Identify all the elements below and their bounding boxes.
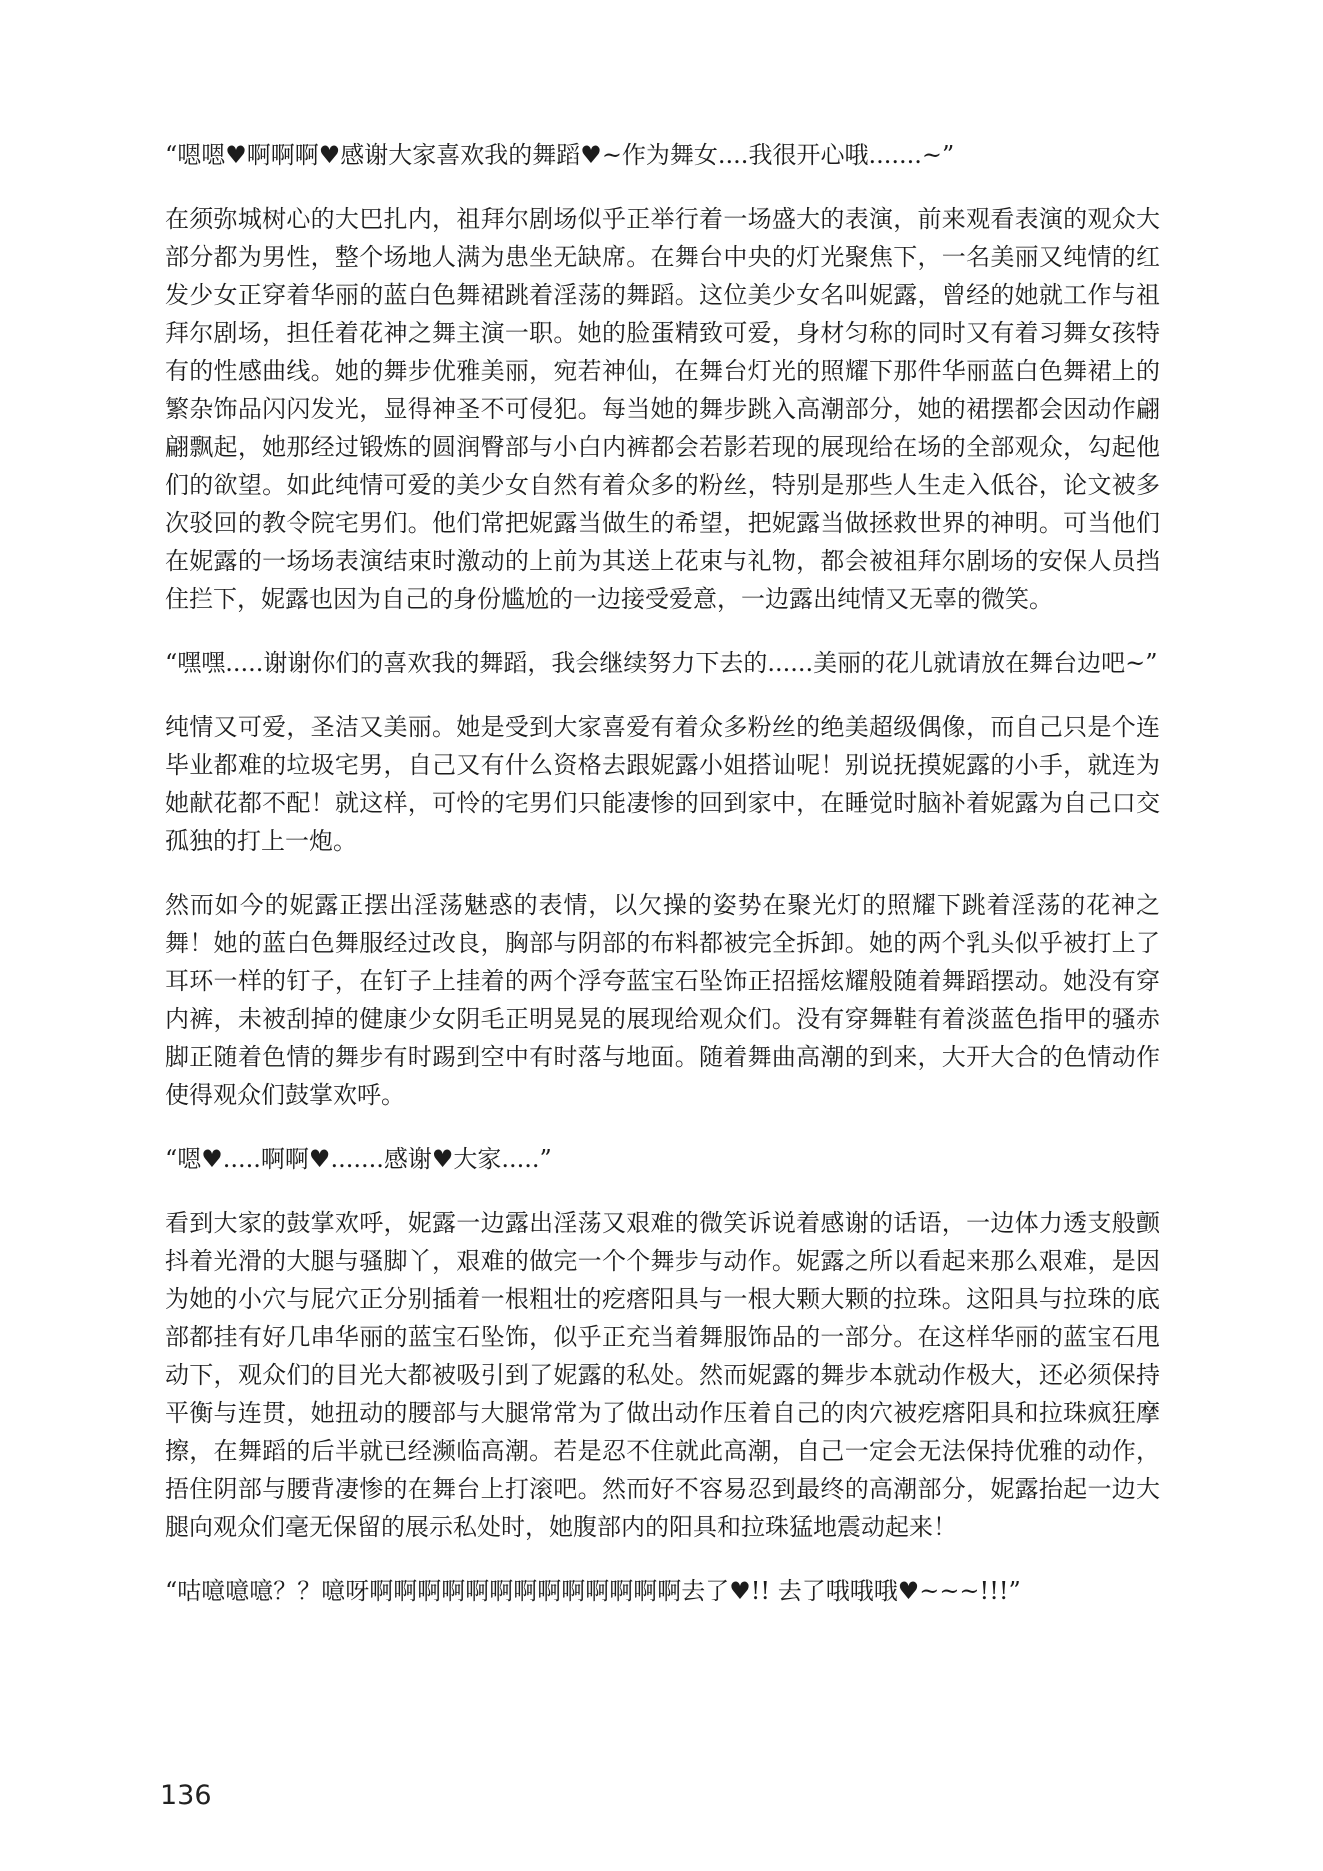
- dialogue-paragraph: “咕噫噫噫？？噫呀啊啊啊啊啊啊啊啊啊啊啊啊啊去了♥!! 去了哦哦哦♥~~~!!!…: [165, 1572, 1160, 1610]
- body-paragraph: 纯情又可爱，圣洁又美丽。她是受到大家喜爱有着众多粉丝的绝美超级偶像，而自己只是个…: [165, 708, 1160, 860]
- body-paragraph: 看到大家的鼓掌欢呼，妮露一边露出淫荡又艰难的微笑诉说着感谢的话语，一边体力透支般…: [165, 1204, 1160, 1546]
- body-paragraph: 然而如今的妮露正摆出淫荡魅惑的表情，以欠操的姿势在聚光灯的照耀下跳着淫荡的花神之…: [165, 886, 1160, 1114]
- dialogue-paragraph: “嘿嘿.....谢谢你们的喜欢我的舞蹈，我会继续努力下去的......美丽的花儿…: [165, 644, 1160, 682]
- text-content: “嗯嗯♥啊啊啊♥感谢大家喜欢我的舞蹈♥~作为舞女....我很开心哦.......…: [165, 136, 1160, 1636]
- dialogue-paragraph: “嗯嗯♥啊啊啊♥感谢大家喜欢我的舞蹈♥~作为舞女....我很开心哦.......…: [165, 136, 1160, 174]
- dialogue-paragraph: “嗯♥.....啊啊♥.......感谢♥大家.....”: [165, 1140, 1160, 1178]
- page-number: 136: [160, 1780, 212, 1811]
- body-paragraph: 在须弥城树心的大巴扎内，祖拜尔剧场似乎正举行着一场盛大的表演，前来观看表演的观众…: [165, 200, 1160, 618]
- document-page: “嗯嗯♥啊啊啊♥感谢大家喜欢我的舞蹈♥~作为舞女....我很开心哦.......…: [0, 0, 1323, 1871]
